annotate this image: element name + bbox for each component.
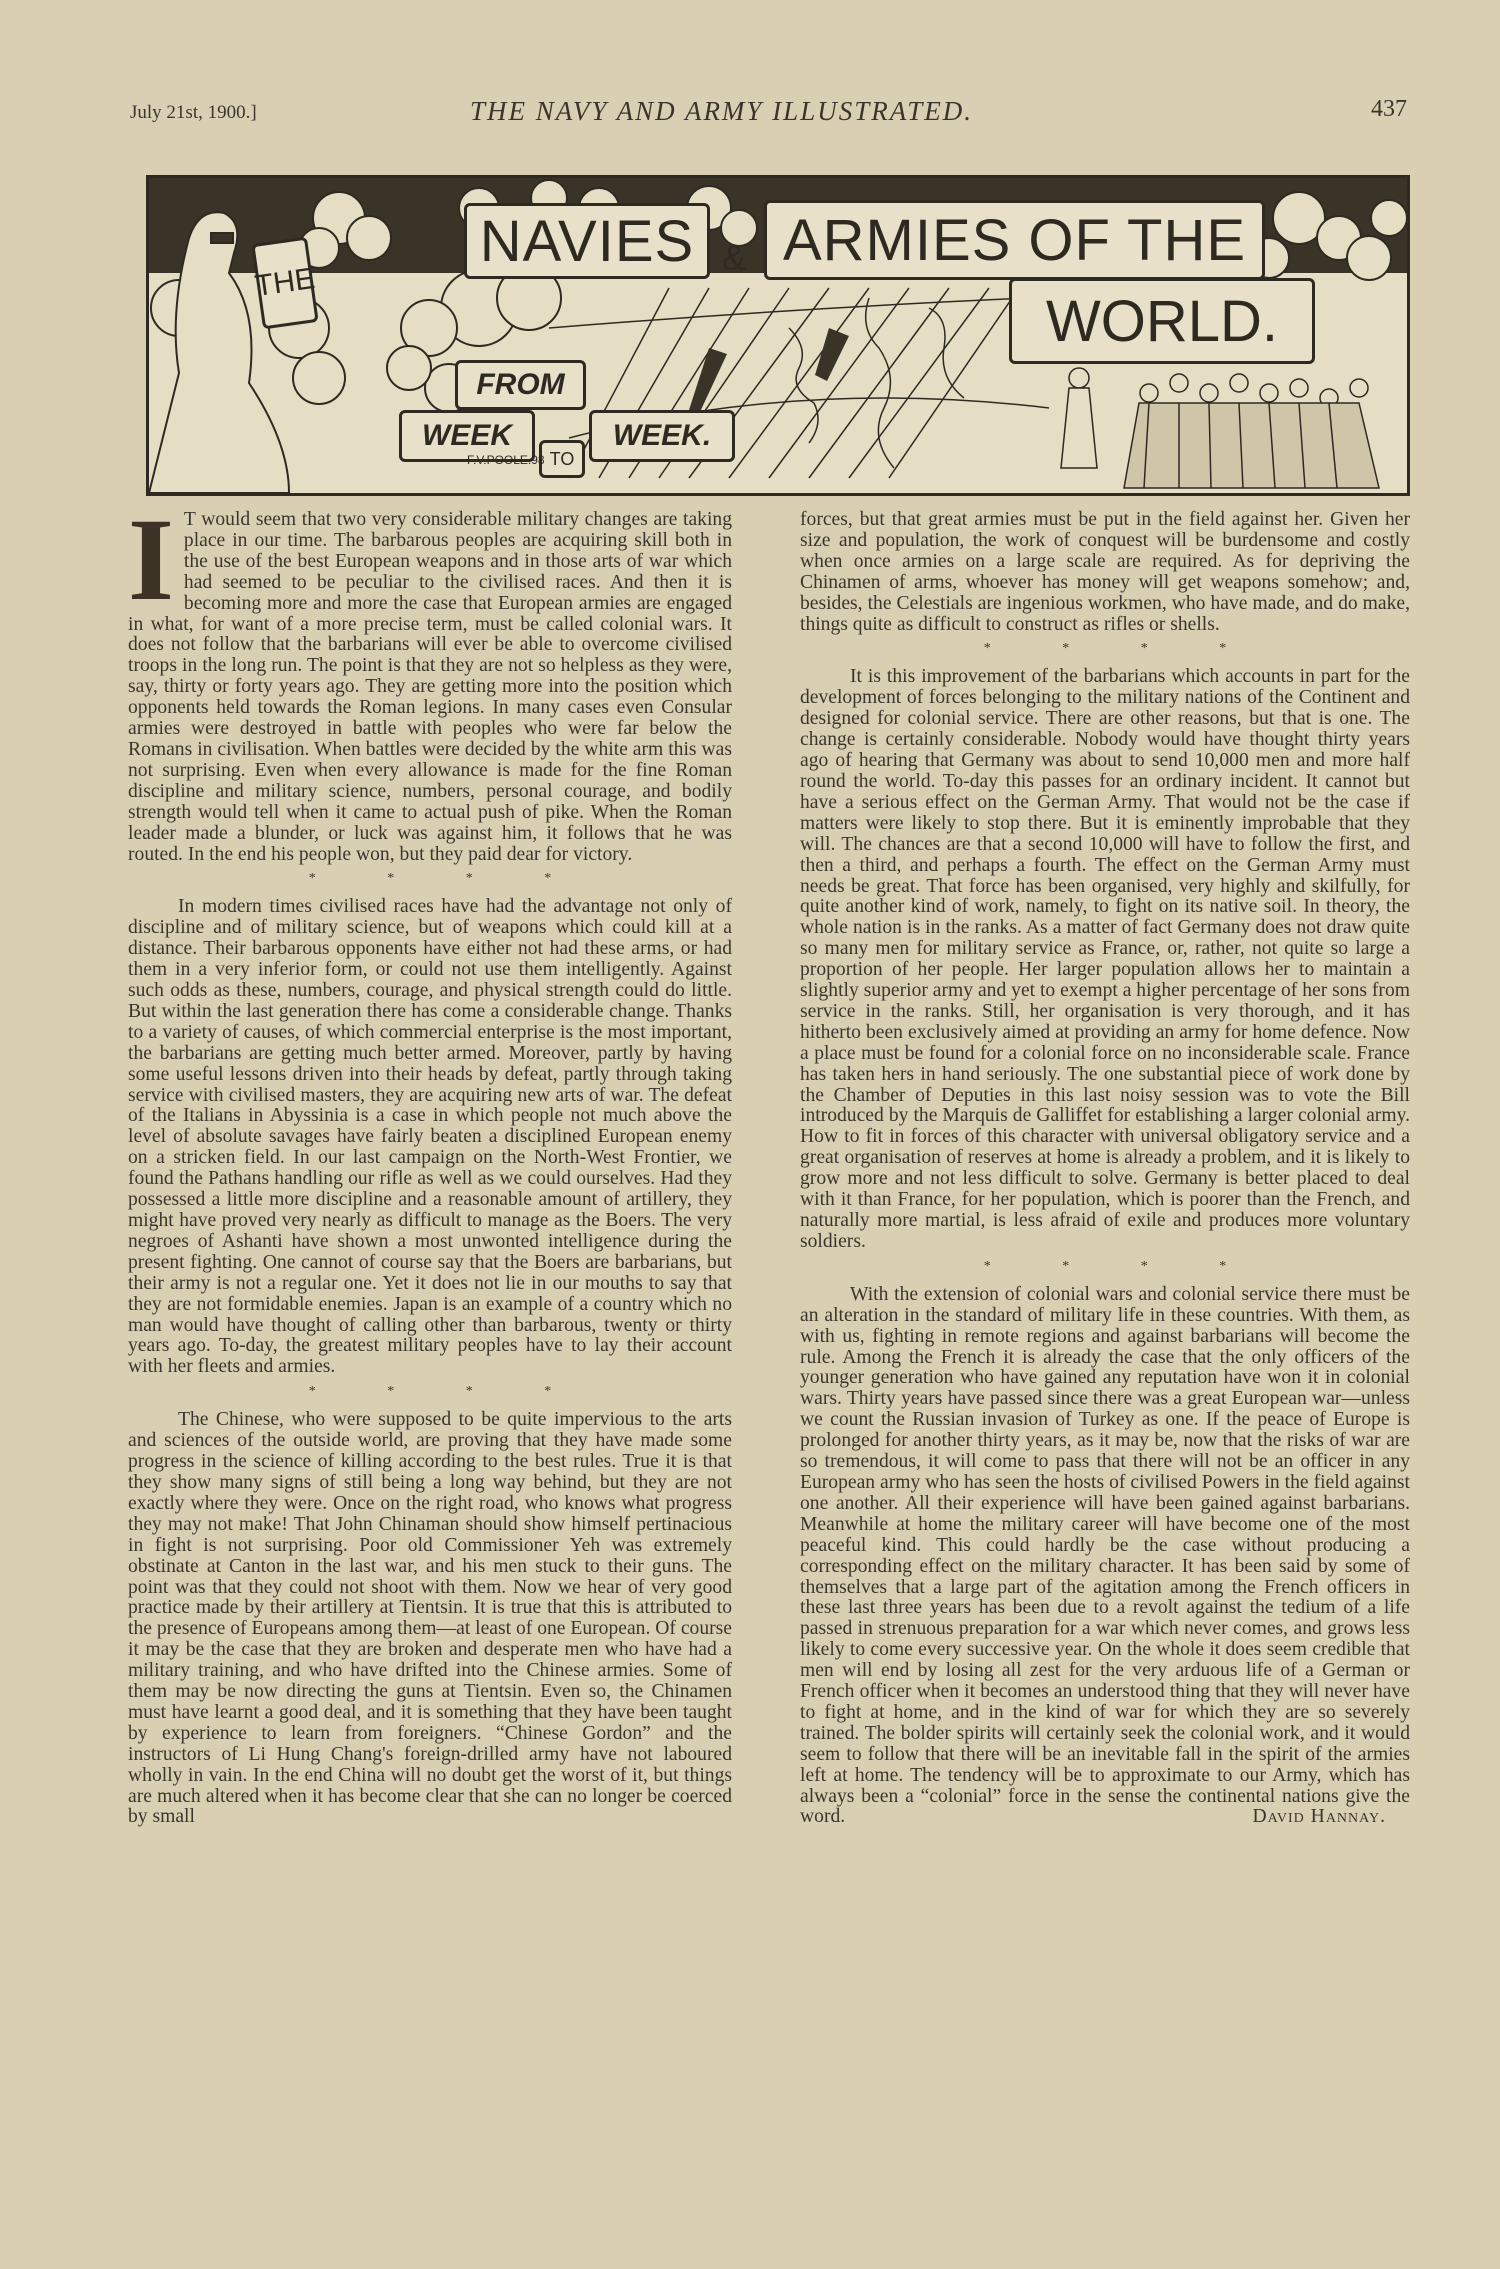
banner-scroll-week-2: WEEK. <box>589 410 735 462</box>
banner-ampersand: & <box>714 238 754 278</box>
article-paragraph: forces, but that great armies must be pu… <box>800 510 1410 635</box>
banner-scroll-armies: ARMIES OF THE <box>764 200 1265 280</box>
article-paragraph: The Chinese, who were supposed to be qui… <box>128 1410 732 1828</box>
section-separator: * * * * <box>834 641 1410 657</box>
publication-title: THE NAVY AND ARMY ILLUSTRATED. <box>470 96 973 127</box>
section-separator: * * * * <box>162 1384 732 1400</box>
article-column-right: forces, but that great armies must be pu… <box>800 510 1410 1828</box>
issue-date: July 21st, 1900.] <box>130 102 257 124</box>
article-paragraph: In modern times civilised races have had… <box>128 897 732 1378</box>
section-separator: * * * * <box>834 1259 1410 1275</box>
banner-scroll-the: THE <box>251 237 318 330</box>
author-byline: David Hannay. <box>1202 1807 1386 1828</box>
paragraph-text: With the extension of colonial wars and … <box>800 1284 1410 1828</box>
banner-scroll-from: FROM <box>455 360 586 410</box>
masthead-illustration: THE NAVIES & ARMIES OF THE WORLD. FROM W… <box>146 175 1410 496</box>
paragraph-text: T would seem that two very considerable … <box>128 509 732 865</box>
running-head: July 21st, 1900.] THE NAVY AND ARMY ILLU… <box>130 96 1415 136</box>
section-separator: * * * * <box>162 871 732 887</box>
drop-cap: I <box>128 514 174 606</box>
article-paragraph: With the extension of colonial wars and … <box>800 1285 1410 1829</box>
article-column-left: I T would seem that two very considerabl… <box>128 510 732 1828</box>
article-paragraph: I T would seem that two very considerabl… <box>128 510 732 865</box>
banner-scroll-navies: NAVIES <box>464 203 710 279</box>
banner-scroll-to: TO <box>539 440 585 478</box>
article-paragraph: It is this improvement of the barbarians… <box>800 667 1410 1252</box>
artist-signature: F.V.POOLE.98 <box>467 453 545 467</box>
page-number: 437 <box>1371 96 1407 123</box>
banner-scroll-world: WORLD. <box>1009 278 1315 364</box>
